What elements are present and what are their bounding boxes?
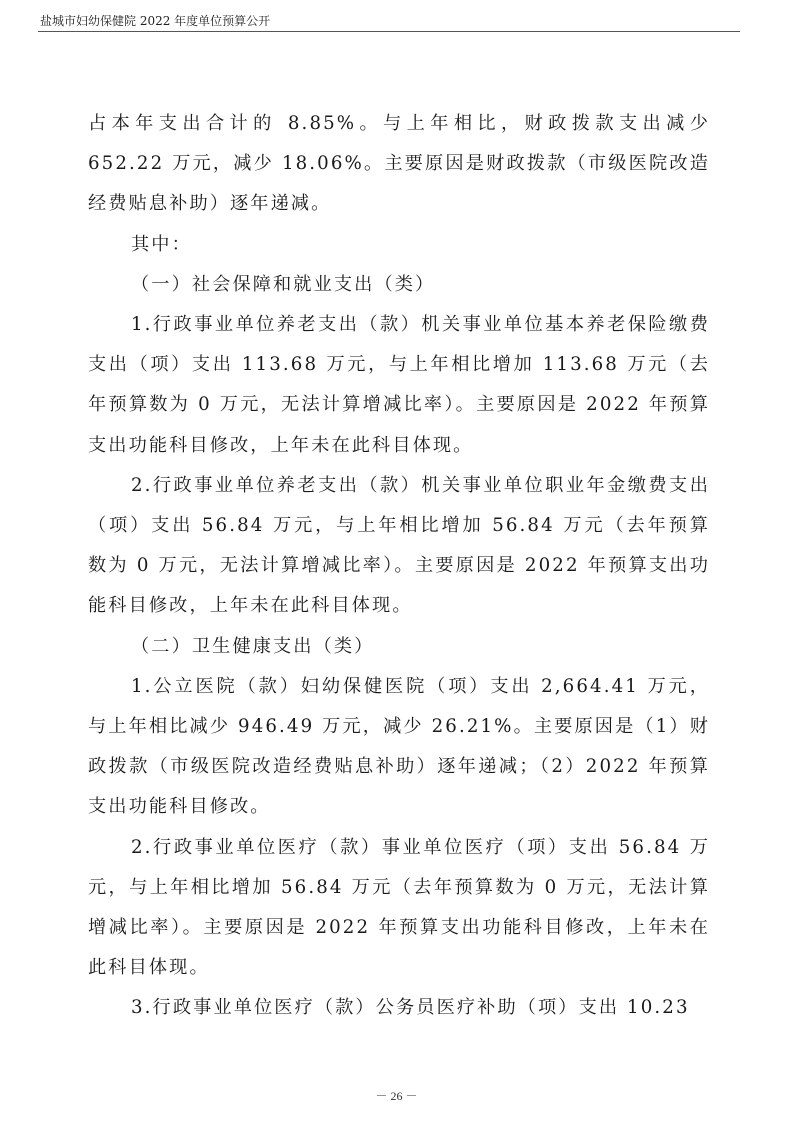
paragraph-among: 其中： [88,225,710,265]
section-heading-health: （二）卫生健康支出（类） [88,627,710,667]
running-header: 盐城市妇幼保健院 2022 年度单位预算公开 [38,8,740,32]
paragraph-pension-occupational-annuity: 2.行政事业单位养老支出（款）机关事业单位职业年金缴费支出（项）支出 56.84… [88,466,710,627]
paragraph-civil-servant-medical: 3.行政事业单位医疗（款）公务员医疗补助（项）支出 10.23 [88,988,710,1028]
page-number: － 26 － [0,1087,793,1104]
document-body: 占本年支出合计的 8.85%。与上年相比，财政拨款支出减少 652.22 万元，… [88,104,710,1029]
paragraph-continuation: 占本年支出合计的 8.85%。与上年相比，财政拨款支出减少 652.22 万元，… [88,104,710,225]
paragraph-pension-basic-insurance: 1.行政事业单位养老支出（款）机关事业单位基本养老保险缴费支出（项）支出 113… [88,305,710,466]
document-title: 盐城市妇幼保健院 2022 年度单位预算公开 [40,12,270,29]
paragraph-institution-medical: 2.行政事业单位医疗（款）事业单位医疗（项）支出 56.84 万元，与上年相比增… [88,828,710,989]
section-heading-social-security: （一）社会保障和就业支出（类） [88,265,710,305]
paragraph-public-hospital: 1.公立医院（款）妇幼保健医院（项）支出 2,664.41 万元，与上年相比减少… [88,667,710,828]
